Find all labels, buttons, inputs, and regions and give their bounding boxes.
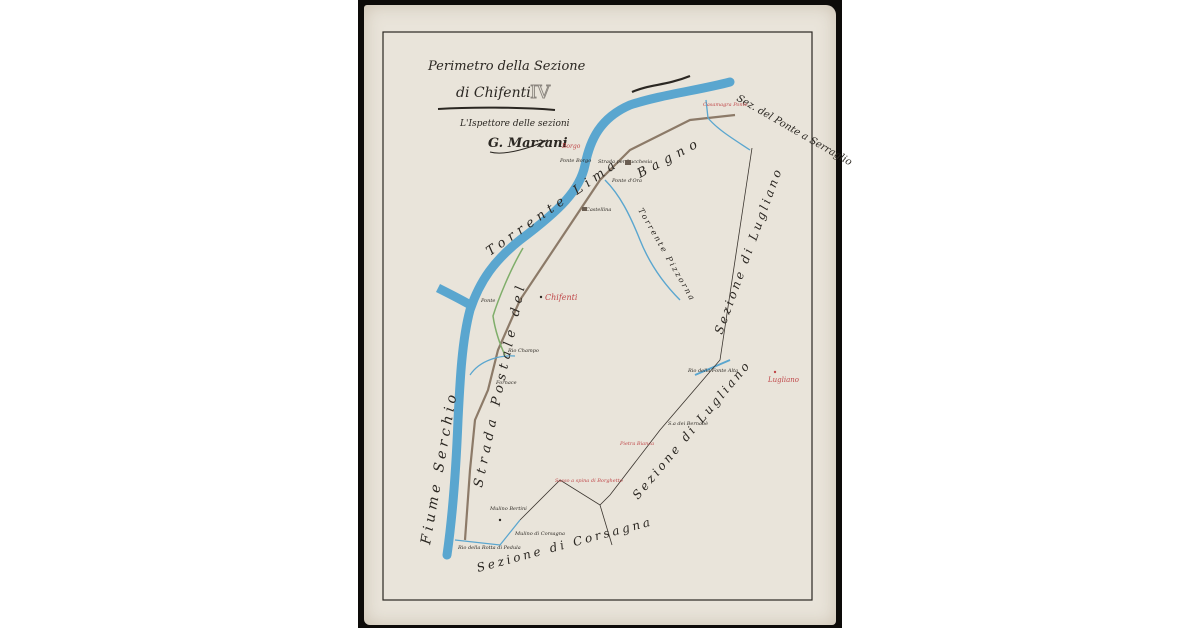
place-rio-rotta: Rio della Rotta di Pedula [457,545,521,551]
place-ponte: Ponte [480,298,495,304]
title-line2: di Chifenti [456,85,531,101]
place-borgo: Borgo [561,143,581,150]
signature: G. Marzani [488,136,568,151]
title-rule [438,108,555,110]
place-sasso-spiaggia: Sasso a spina di Borghetto [555,478,623,484]
title-line1: Perimetro della Sezione [427,59,586,74]
place-chifenti: Chifenti [545,293,578,302]
place-castellina: Castellina [586,207,611,213]
historical-map: Perimetro della Sezione di Chifenti IV L… [0,0,1200,628]
label-ponte-serraglio: Sez. del Ponte a Serraglio [735,93,854,168]
place-lugliano: Lugliano [767,376,799,384]
place-ponte-borgo: Ponte Borgo [559,158,591,164]
place-mulino-bertini: Mulino Bertini [489,506,527,512]
place-fornace: Fornace [495,380,517,386]
place-rio-champo: Rio Champo [507,348,539,354]
place-casa-ponte: Casamagra Ponte [703,102,748,108]
place-mulino-corsagna: Mulino di Corsagna [514,531,565,537]
place-sa-bernabe: S.a dei Bernabè [668,420,708,427]
river-serchio-branch [438,288,472,306]
place-ponte-ora: Ponte d'Ora [611,178,642,184]
label-sezione-lugliano-top: Sezione di Lugliano [712,165,786,336]
place-rio-fonte-alta: Rio della Fonte Alta [687,368,738,374]
section-number: IV [530,82,551,103]
stream-pizzorna [605,180,680,300]
inspector-line: L'Ispettore delle sezioni [459,119,570,129]
label-torrente-pizzorna: Torrente Pizzorna [636,207,697,304]
place-pietra-bianca: Pietra Bianca [619,441,654,447]
label-sezione-lugliano-bottom: Sezione di Lugliano [630,357,754,501]
